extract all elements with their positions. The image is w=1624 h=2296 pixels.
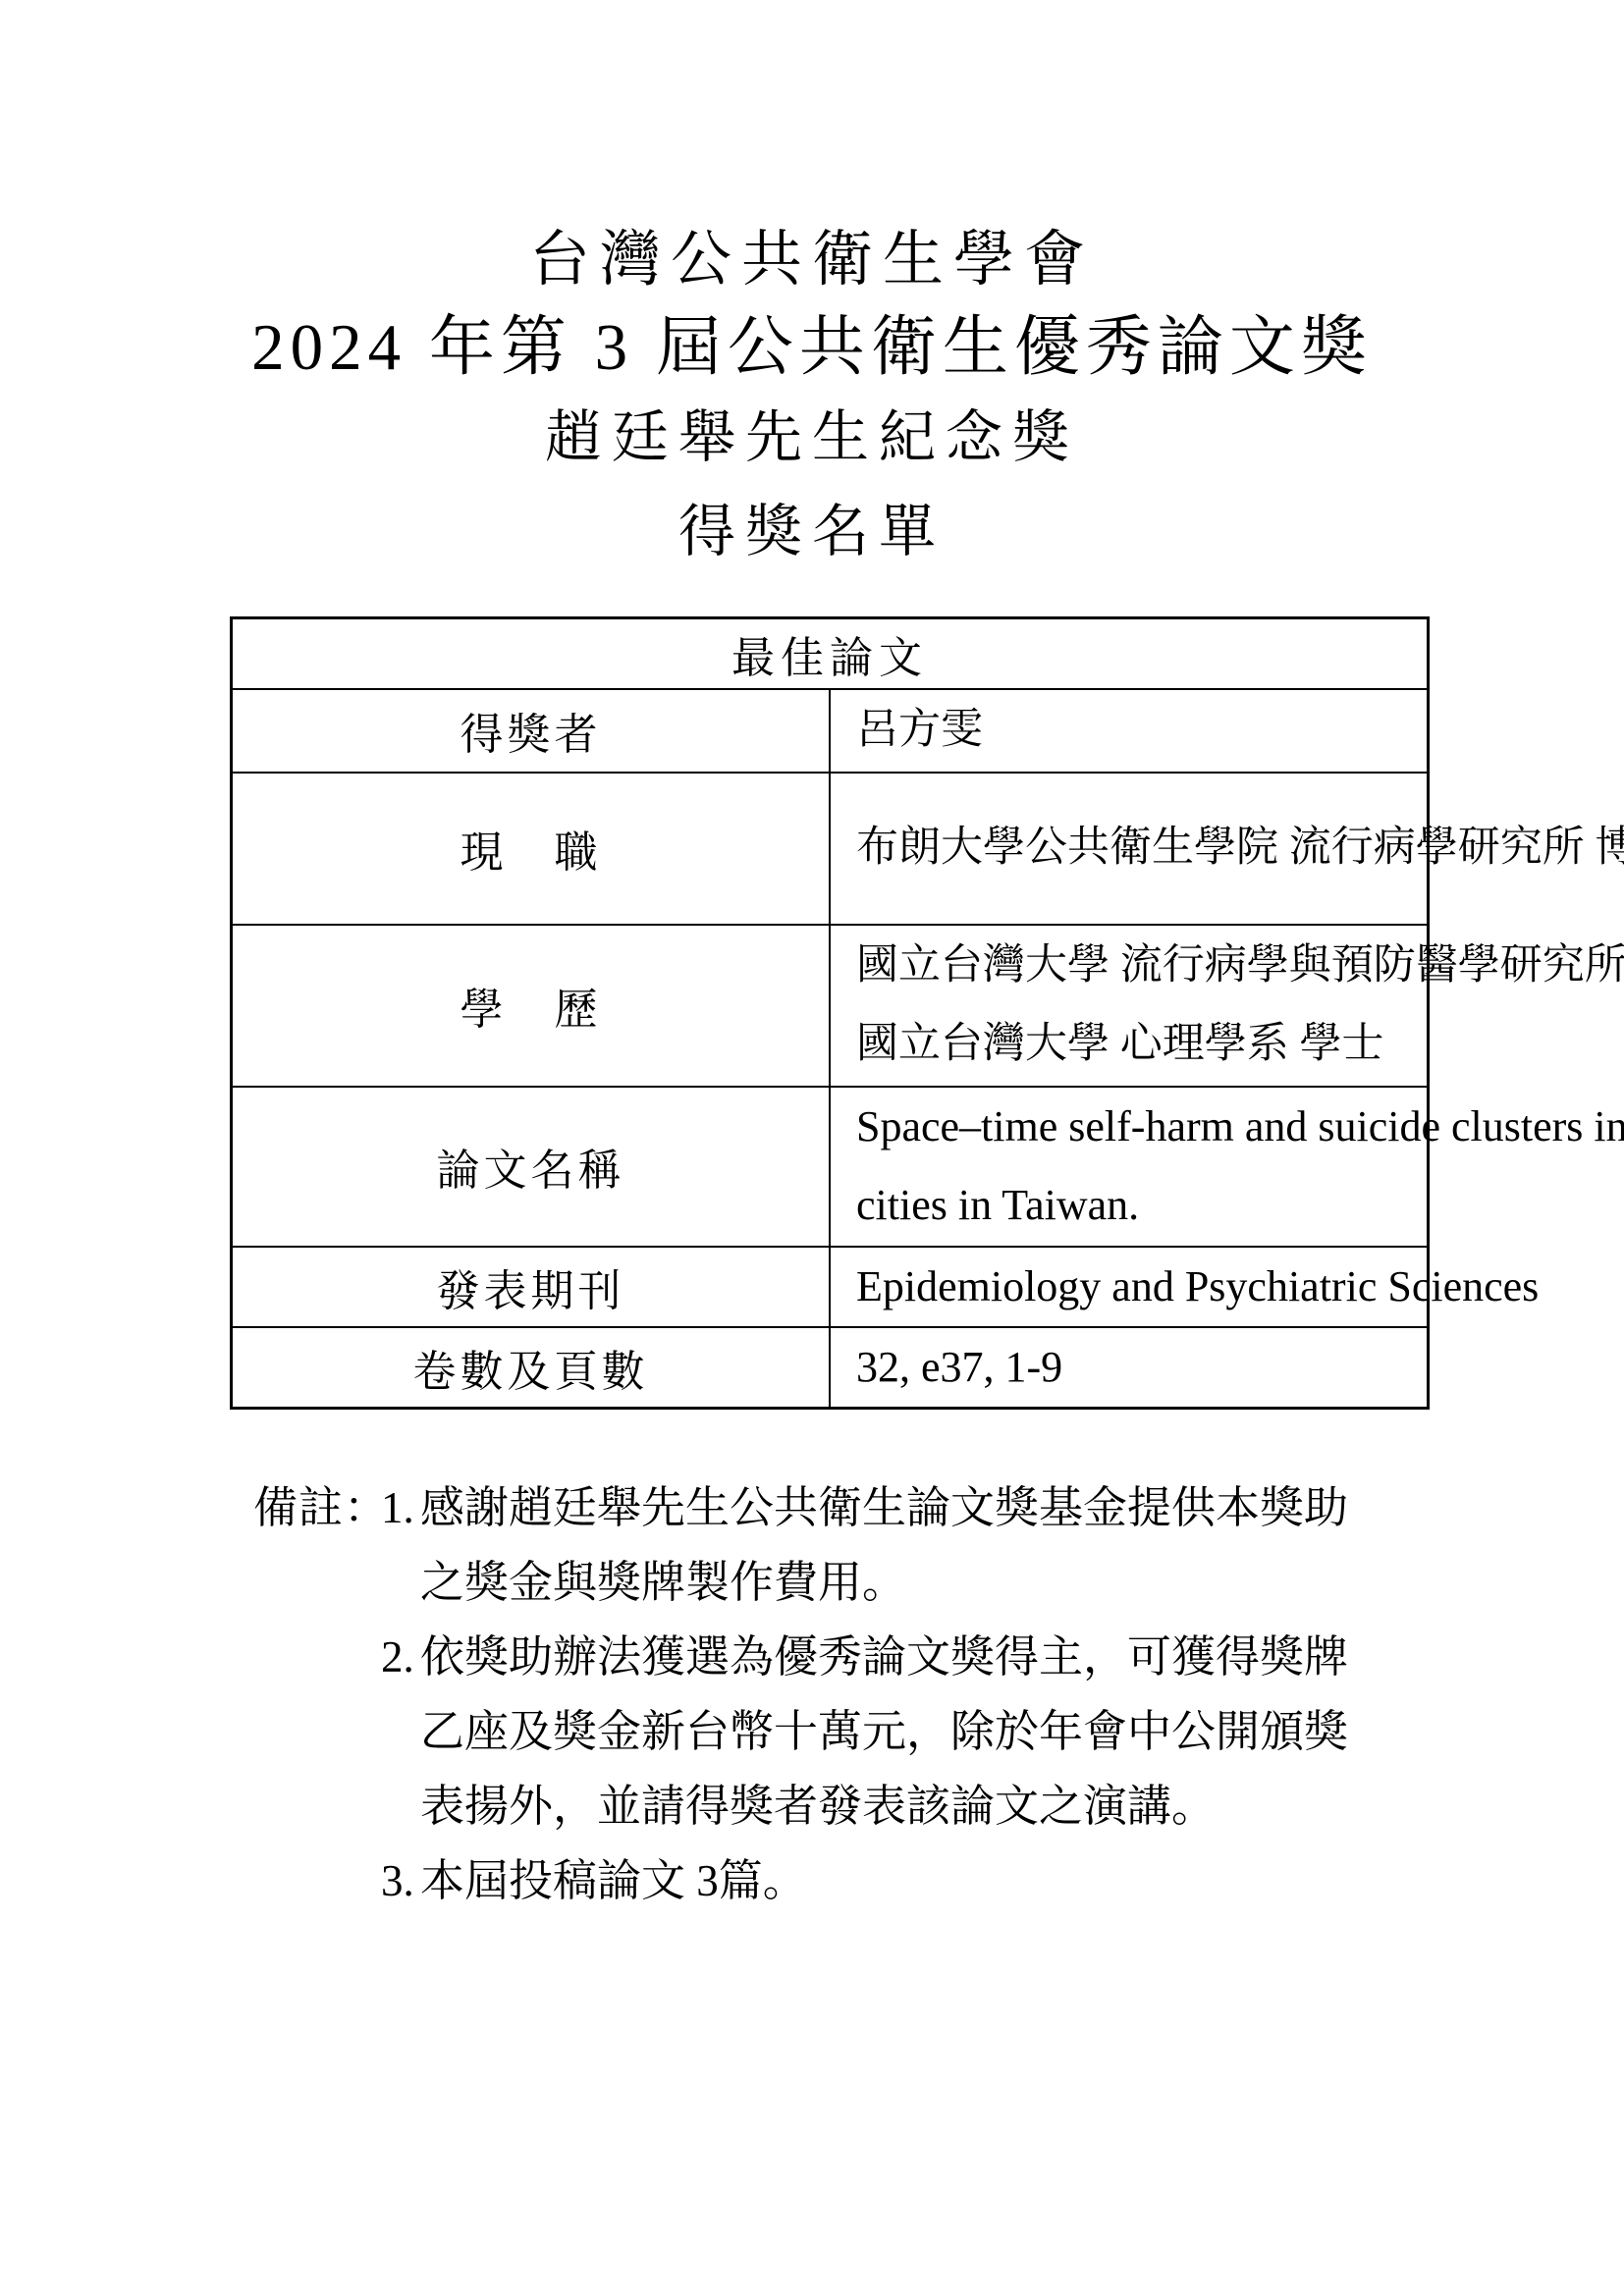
note-2-number: 2.: [381, 1620, 420, 1694]
note-1-line-2: 之獎金與獎牌製作費用。: [420, 1545, 1348, 1620]
note-3-text: 本屆投稿論文 3篇。: [420, 1843, 807, 1918]
note-3-number: 3.: [381, 1843, 420, 1918]
notes-label: 備註：: [253, 1470, 381, 1545]
award-table: 最佳論文 得獎者 呂方雯 現 職 布朗大學公共衛生學院 流行病學研究所 博士生 …: [230, 616, 1430, 1410]
note-item-1: 備註： 1. 感謝趙廷舉先生公共衛生論文獎基金提供本獎助 之獎金與獎牌製作費用。: [253, 1470, 1348, 1620]
title-memorial-award: 趙廷舉先生紀念獎: [0, 391, 1624, 473]
table-row-paper-title: 論文名稱 Space–time self-harm and suicide cl…: [232, 1087, 1429, 1247]
note-3-line-1: 本屆投稿論文 3篇。: [420, 1843, 807, 1918]
row-label-paper-title: 論文名稱: [232, 1087, 831, 1247]
education-line-2: 國立台灣大學 心理學系 學士: [856, 1005, 1417, 1084]
table-row-current-position: 現 職 布朗大學公共衛生學院 流行病學研究所 博士生: [232, 773, 1429, 925]
table-row-winner: 得獎者 呂方雯: [232, 689, 1429, 773]
row-label-volume-pages: 卷數及頁數: [232, 1327, 831, 1409]
document-page: 台灣公共衛生學會 2024 年第 3 屆公共衛生優秀論文獎 趙廷舉先生紀念獎 得…: [0, 0, 1624, 2296]
row-value-volume-pages: 32, e37, 1-9: [830, 1327, 1429, 1409]
note-1-number: 1.: [381, 1470, 420, 1545]
row-value-paper-title: Space–time self-harm and suicide cluster…: [830, 1087, 1429, 1247]
row-value-education: 國立台灣大學 流行病學與預防醫學研究所 碩士 國立台灣大學 心理學系 學士: [830, 925, 1429, 1087]
note-2-line-2: 乙座及獎金新台幣十萬元，除於年會中公開頒獎: [420, 1694, 1348, 1769]
row-label-current-position: 現 職: [232, 773, 831, 925]
table-header-row: 最佳論文: [232, 618, 1429, 689]
paper-title-line-1: Space–time self-harm and suicide cluster…: [856, 1088, 1417, 1166]
education-line-1: 國立台灣大學 流行病學與預防醫學研究所 碩士: [856, 927, 1417, 1005]
table-row-education: 學 歷 國立台灣大學 流行病學與預防醫學研究所 碩士 國立台灣大學 心理學系 學…: [232, 925, 1429, 1087]
note-2-line-1: 依獎助辦法獲選為優秀論文獎得主，可獲得獎牌: [420, 1620, 1348, 1694]
title-winner-list: 得獎名單: [0, 485, 1624, 567]
note-1-text: 感謝趙廷舉先生公共衛生論文獎基金提供本獎助 之獎金與獎牌製作費用。: [420, 1470, 1348, 1620]
note-2-line-3: 表揚外，並請得獎者發表該論文之演講。: [420, 1769, 1348, 1843]
title-award-year: 2024 年第 3 屆公共衛生優秀論文獎: [0, 294, 1624, 389]
row-value-winner: 呂方雯: [830, 689, 1429, 773]
row-label-journal: 發表期刊: [232, 1247, 831, 1327]
note-item-3: 3. 本屆投稿論文 3篇。: [253, 1843, 1348, 1918]
table-row-volume-pages: 卷數及頁數 32, e37, 1-9: [232, 1327, 1429, 1409]
note-item-2: 2. 依獎助辦法獲選為優秀論文獎得主，可獲得獎牌 乙座及獎金新台幣十萬元，除於年…: [253, 1620, 1348, 1843]
note-2-text: 依獎助辦法獲選為優秀論文獎得主，可獲得獎牌 乙座及獎金新台幣十萬元，除於年會中公…: [420, 1620, 1348, 1843]
row-value-current-position: 布朗大學公共衛生學院 流行病學研究所 博士生: [830, 773, 1429, 925]
volume-pages-text: 32, e37, 1-9: [856, 1328, 1417, 1407]
journal-name: Epidemiology and Psychiatric Sciences: [856, 1248, 1417, 1326]
table-row-journal: 發表期刊 Epidemiology and Psychiatric Scienc…: [232, 1247, 1429, 1327]
row-label-winner: 得獎者: [232, 689, 831, 773]
row-label-education: 學 歷: [232, 925, 831, 1087]
paper-title-line-2: cities in Taiwan.: [856, 1166, 1417, 1245]
current-position-text: 布朗大學公共衛生學院 流行病學研究所 博士生: [856, 809, 1417, 887]
row-value-journal: Epidemiology and Psychiatric Sciences: [830, 1247, 1429, 1327]
notes-section: 備註： 1. 感謝趙廷舉先生公共衛生論文獎基金提供本獎助 之獎金與獎牌製作費用。…: [253, 1470, 1348, 1918]
table-header-best-paper: 最佳論文: [232, 618, 1429, 689]
note-1-line-1: 感謝趙廷舉先生公共衛生論文獎基金提供本獎助: [420, 1470, 1348, 1545]
title-association: 台灣公共衛生學會: [0, 210, 1624, 297]
winner-name: 呂方雯: [856, 691, 1417, 770]
